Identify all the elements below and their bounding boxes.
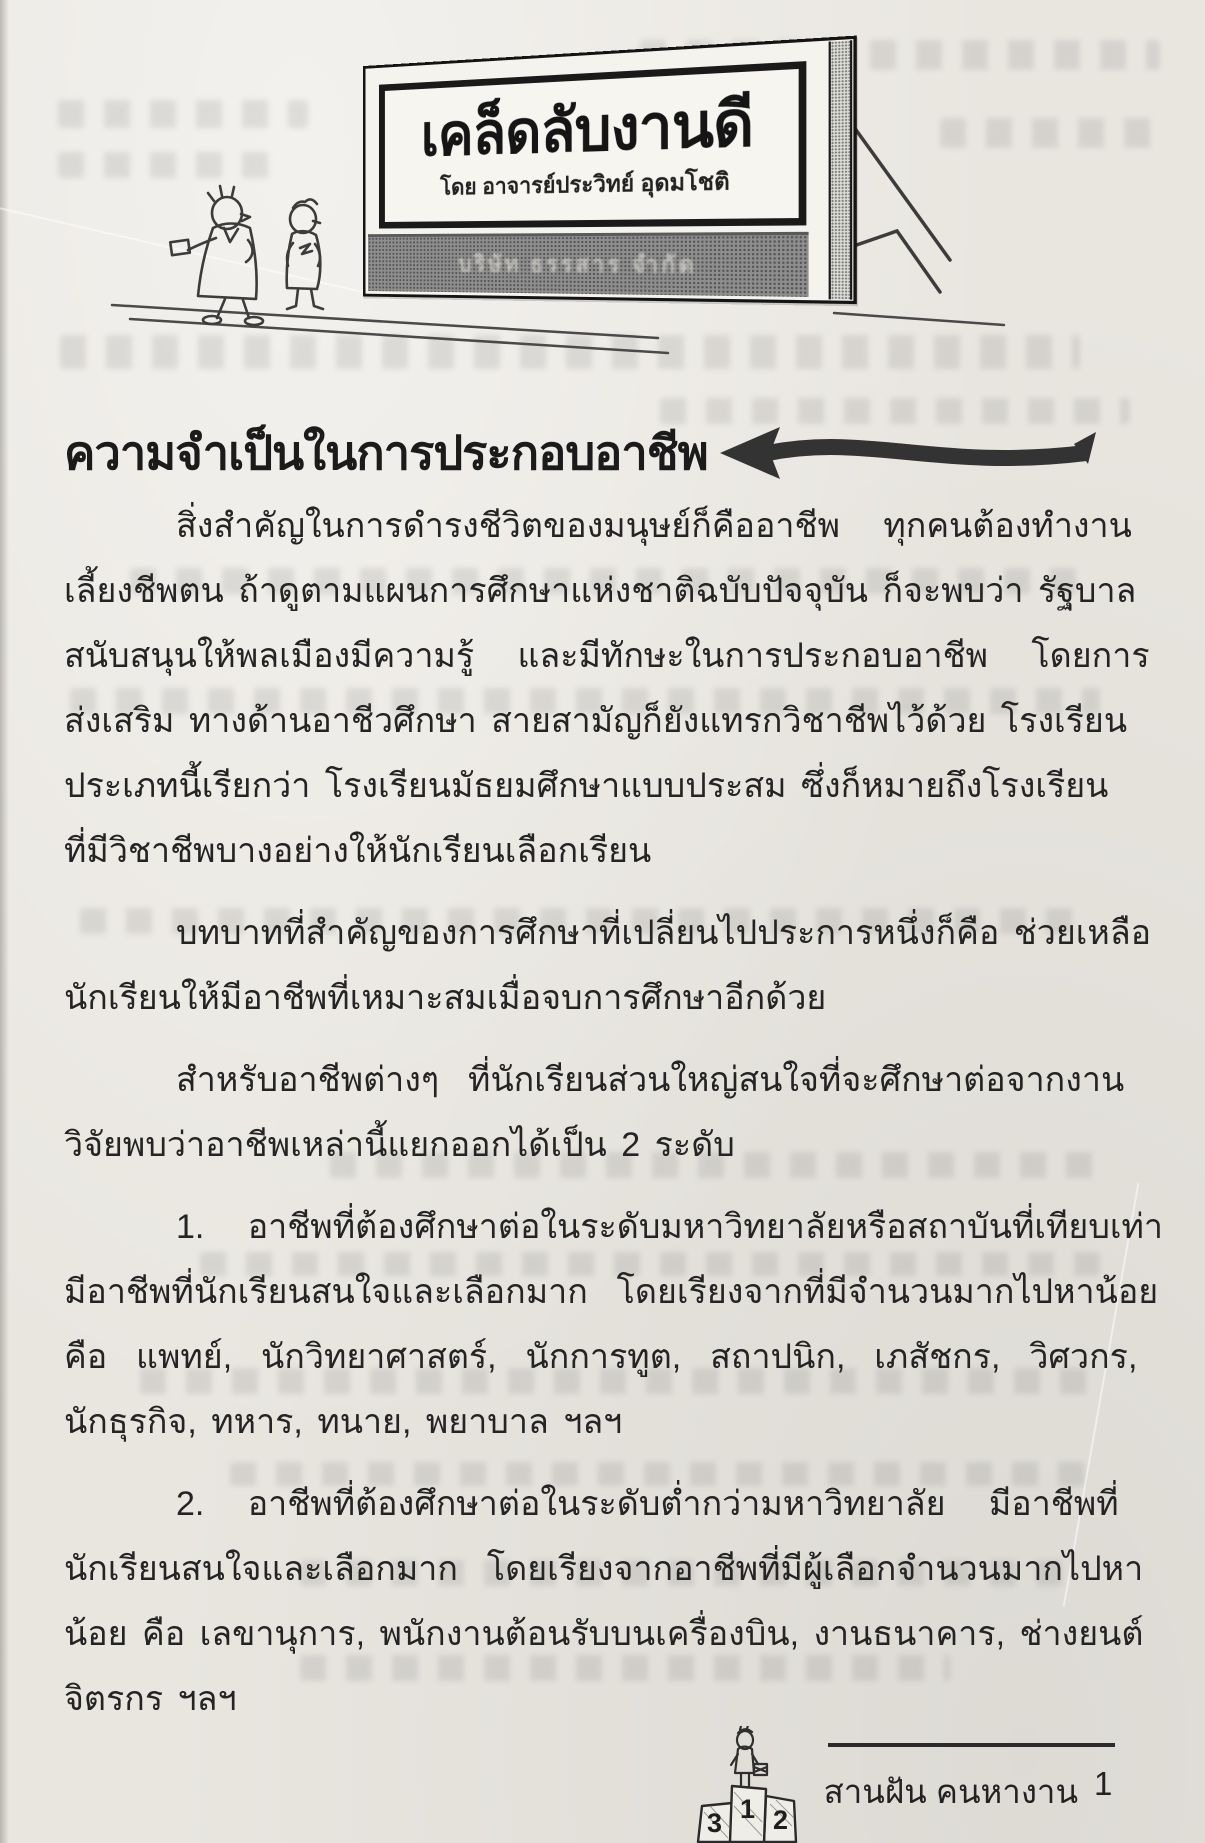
text-line: 2. อาชีพที่ต้องศึกษาต่อในระดับต่ำกว่ามหา… xyxy=(64,1472,1144,1537)
text-line: 1. อาชีพที่ต้องศึกษาต่อในระดับมหาวิทยาลั… xyxy=(64,1195,1144,1260)
pedestrians-illustration xyxy=(170,186,323,325)
text-line: มีอาชีพที่นักเรียนสนใจและเลือกมาก โดยเรี… xyxy=(64,1260,1144,1325)
billboard-byline: โดย อาจารย์ประวิทย์ อุดมโชติ xyxy=(440,163,730,205)
text-line: จิตรกร ฯลฯ xyxy=(64,1667,1144,1732)
text-line: นักเรียนสนใจและเลือกมาก โดยเรียงจากอาชีพ… xyxy=(64,1537,1144,1602)
section-heading-row: ความจำเป็นในการประกอบอาชีพ xyxy=(64,415,1098,490)
footer-rule xyxy=(828,1743,1115,1747)
podium-illustration: 1 2 3 xyxy=(688,1726,808,1843)
paragraph: 1. อาชีพที่ต้องศึกษาต่อในระดับมหาวิทยาลั… xyxy=(64,1195,1144,1455)
podium-number-2: 2 xyxy=(773,1805,788,1835)
scanned-book-page: เคล็ดลับงานดี โดย อาจารย์ประวิทย์ อุดมโช… xyxy=(0,0,1205,1843)
text-line: ประเภทนี้เรียกว่า โรงเรียนมัธยมศึกษาแบบป… xyxy=(64,754,1144,819)
paragraph: 2. อาชีพที่ต้องศึกษาต่อในระดับต่ำกว่ามหา… xyxy=(64,1472,1144,1732)
billboard-title: เคล็ดลับงานดี xyxy=(421,90,753,165)
text-line: น้อย คือ เลขานุการ, พนักงานต้อนรับบนเครื… xyxy=(64,1602,1144,1667)
footer-page-number: 1 xyxy=(1094,1765,1112,1818)
footer-book-title: สานฝัน คนหางาน xyxy=(824,1765,1078,1818)
body-text: สิ่งสำคัญในการดำรงชีวิตของมนุษย์ก็คืออาช… xyxy=(64,494,1144,1749)
text-line: นักธุรกิจ, ทหาร, ทนาย, พยาบาล ฯลฯ xyxy=(64,1390,1144,1455)
text-line: นักเรียนให้มีอาชีพที่เหมาะสมเมื่อจบการศึ… xyxy=(64,966,1144,1031)
left-arrow-icon xyxy=(718,424,1098,482)
text-line: วิจัยพบว่าอาชีพเหล่านี้แยกออกได้เป็น 2 ร… xyxy=(64,1113,1144,1178)
section-heading: ความจำเป็นในการประกอบอาชีพ xyxy=(64,415,708,490)
paragraph: สำหรับอาชีพต่างๆ ที่นักเรียนส่วนใหญ่สนใจ… xyxy=(64,1048,1144,1178)
podium-number-3: 3 xyxy=(707,1808,722,1838)
footer-text: สานฝัน คนหางาน 1 xyxy=(818,1765,1118,1818)
text-line: สนับสนุนให้พลเมืองมีความรู้ และมีทักษะใน… xyxy=(64,624,1144,689)
paragraph: สิ่งสำคัญในการดำรงชีวิตของมนุษย์ก็คืออาช… xyxy=(64,494,1144,884)
billboard-company-text: บริษัท ธรรสาร จำกัด xyxy=(458,247,697,284)
jobseeker-figure xyxy=(731,1726,767,1786)
text-line: สิ่งสำคัญในการดำรงชีวิตของมนุษย์ก็คืออาช… xyxy=(64,494,1144,559)
text-line: คือ แพทย์, นักวิทยาศาสตร์, นักการทูต, สถ… xyxy=(64,1325,1144,1390)
billboard-side-edge xyxy=(829,40,853,300)
text-line: สำหรับอาชีพต่างๆ ที่นักเรียนส่วนใหญ่สนใจ… xyxy=(64,1048,1144,1113)
billboard-company-band: บริษัท ธรรสาร จำกัด xyxy=(368,232,809,297)
text-line: บทบาทที่สำคัญของการศึกษาที่เปลี่ยนไปประก… xyxy=(64,901,1144,966)
text-line: เลี้ยงชีพตน ถ้าดูตามแผนการศึกษาแห่งชาติฉ… xyxy=(64,559,1144,624)
text-line: ส่งเสริม ทางด้านอาชีวศึกษา สายสามัญก็ยัง… xyxy=(64,689,1144,754)
billboard-panel: เคล็ดลับงานดี โดย อาจารย์ประวิทย์ อุดมโช… xyxy=(379,61,806,228)
paragraph: บทบาทที่สำคัญของการศึกษาที่เปลี่ยนไปประก… xyxy=(64,901,1144,1031)
text-line: ที่มีวิชาชีพบางอย่างให้นักเรียนเลือกเรีย… xyxy=(64,819,1144,884)
podium-number-1: 1 xyxy=(740,1794,755,1824)
billboard-sign: เคล็ดลับงานดี โดย อาจารย์ประวิทย์ อุดมโช… xyxy=(363,36,857,305)
